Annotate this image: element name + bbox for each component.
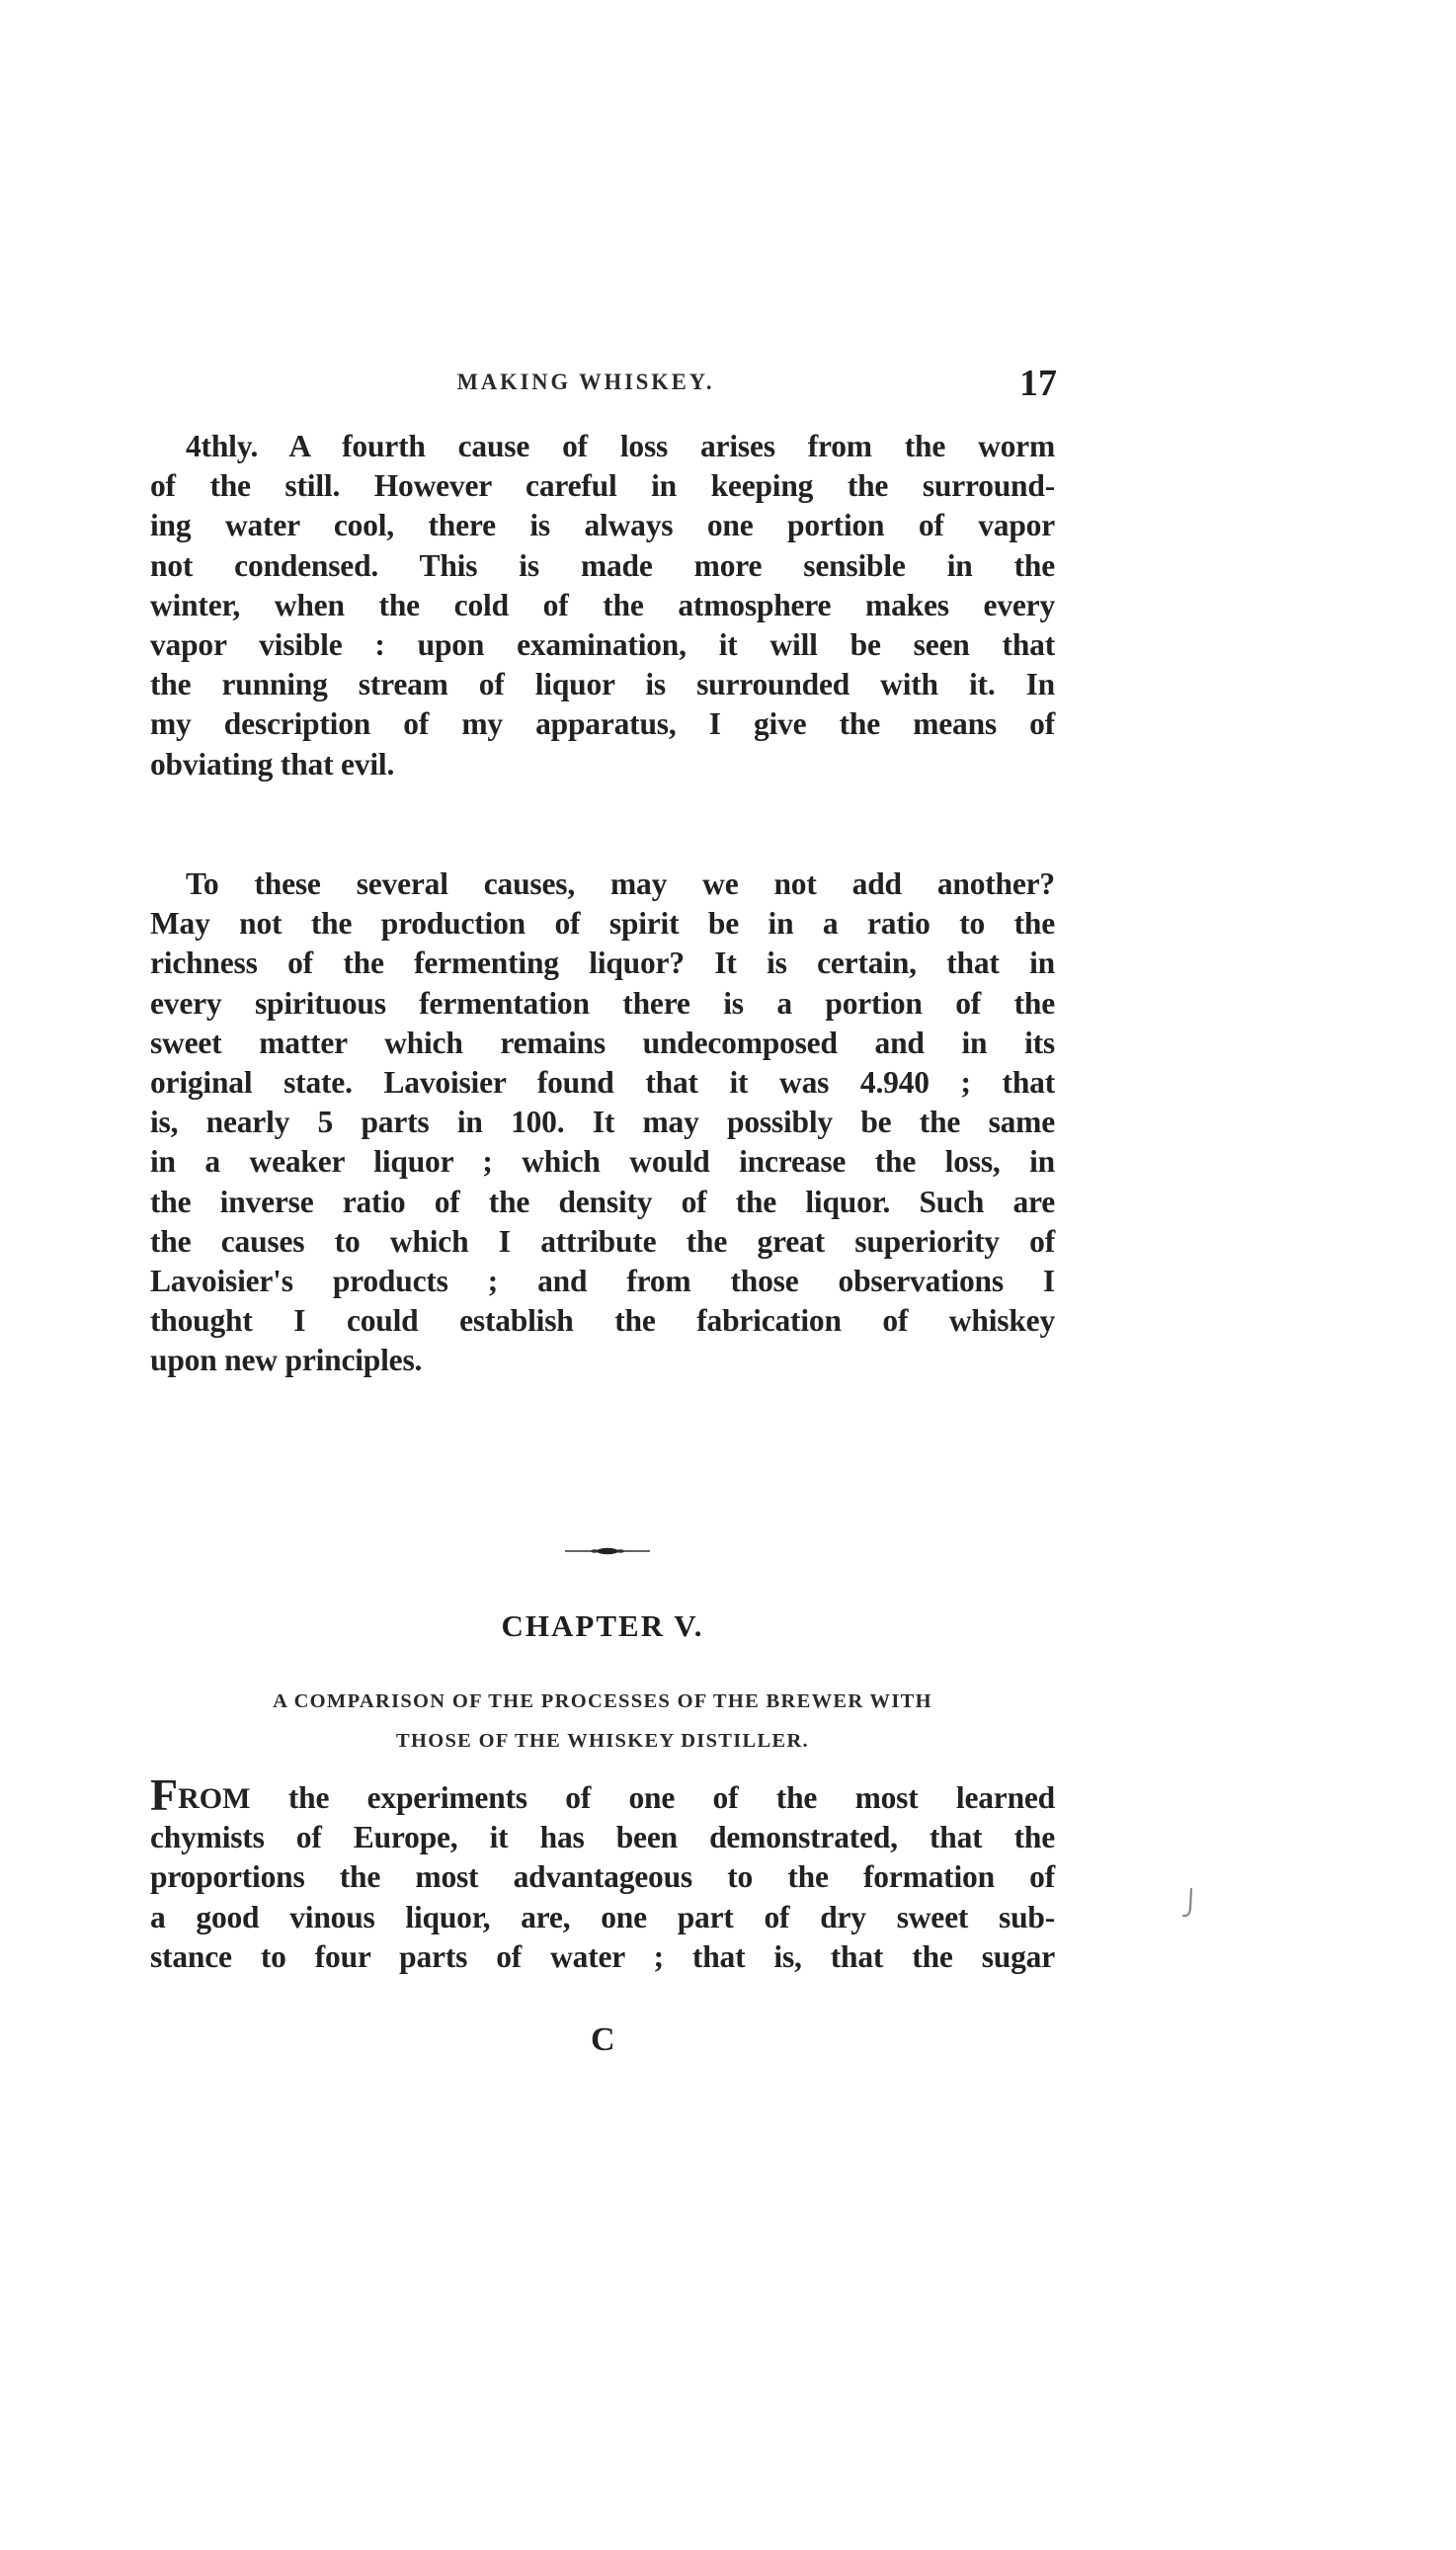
- paragraph-several-causes: To these several causes, may we not add …: [150, 864, 1055, 1380]
- text-line: winter, when the cold of the atmosphere …: [150, 586, 1055, 625]
- chapter-subtitle-line: A COMPARISON OF THE PROCESSES OF THE BRE…: [138, 1682, 1067, 1721]
- text-line: is, nearly 5 parts in 100. It may possib…: [150, 1103, 1055, 1142]
- text-line: chymists of Europe, it has been demonstr…: [150, 1818, 1055, 1857]
- signature-mark: C: [591, 2021, 615, 2059]
- text-line: the running stream of liquor is surround…: [150, 665, 1055, 704]
- text-line: May not the production of spirit be in a…: [150, 904, 1055, 944]
- chapter-subtitle-line: THOSE OF THE WHISKEY DISTILLER.: [138, 1721, 1067, 1761]
- chapter-subtitle: A COMPARISON OF THE PROCESSES OF THE BRE…: [138, 1682, 1067, 1761]
- text-line: vapor visible : upon examination, it wil…: [150, 625, 1055, 665]
- text-line: thought I could establish the fabricatio…: [150, 1301, 1055, 1341]
- text-line: a good vinous liquor, are, one part of d…: [150, 1898, 1055, 1937]
- text-line: To these several causes, may we not add …: [150, 864, 1055, 904]
- running-head: MAKING WHISKEY. 17: [150, 364, 1057, 407]
- text-line: stance to four parts of water ; that is,…: [150, 1937, 1055, 1977]
- text-line: my description of my apparatus, I give t…: [150, 704, 1055, 744]
- book-page: MAKING WHISKEY. 17 4thly. A fourth cause…: [0, 0, 1456, 2550]
- paragraph-fourthly: 4thly. A fourth cause of loss arises fro…: [150, 427, 1055, 784]
- text-line: richness of the fermenting liquor? It is…: [150, 944, 1055, 983]
- text-line: the causes to which I attribute the grea…: [150, 1222, 1055, 1262]
- page-number: 17: [1019, 362, 1057, 405]
- text-line: in a weaker liquor ; which would increas…: [150, 1142, 1055, 1182]
- drop-cap: F: [150, 1769, 178, 1820]
- text-line-first: FROM the experiments of one of the most …: [150, 1778, 1055, 1818]
- paragraph-chapter-opening: FROM the experiments of one of the most …: [150, 1778, 1055, 1977]
- text-line: obviating that evil.: [150, 745, 1055, 784]
- running-title: MAKING WHISKEY.: [457, 370, 715, 395]
- text-line: every spirituous fermentation there is a…: [150, 984, 1055, 1024]
- first-line-text: the experiments of one of the most learn…: [250, 1780, 1055, 1815]
- text-line: upon new principles.: [150, 1341, 1055, 1380]
- text-line: Lavoisier's products ; and from those ob…: [150, 1262, 1055, 1301]
- text-line: not condensed. This is made more sensibl…: [150, 546, 1055, 586]
- text-line: original state. Lavoisier found that it …: [150, 1063, 1055, 1103]
- small-caps: ROM: [178, 1782, 250, 1815]
- text-line: proportions the most advantageous to the…: [150, 1857, 1055, 1897]
- chapter-heading: CHAPTER V.: [150, 1608, 1055, 1644]
- text-line: sweet matter which remains undecomposed …: [150, 1024, 1055, 1063]
- stray-pencil-mark-icon: [1181, 1887, 1195, 1921]
- text-line: ing water cool, there is always one port…: [150, 506, 1055, 545]
- text-line: of the still. However careful in keeping…: [150, 466, 1055, 506]
- section-divider-ornament-icon: [565, 1547, 650, 1555]
- text-line: 4thly. A fourth cause of loss arises fro…: [150, 427, 1055, 466]
- text-line: the inverse ratio of the density of the …: [150, 1183, 1055, 1222]
